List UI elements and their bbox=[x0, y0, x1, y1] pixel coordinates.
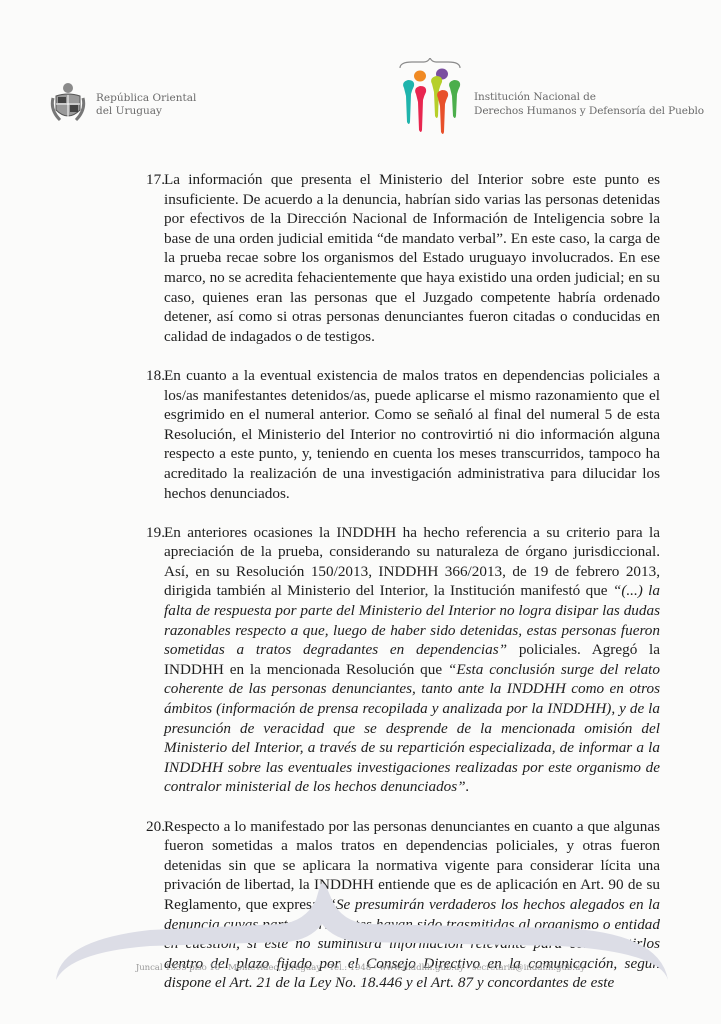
inddhh-logo-icon bbox=[394, 58, 466, 138]
text-segment: En cuanto a la eventual existencia de ma… bbox=[164, 367, 660, 502]
letterhead: República Oriental del Uruguay Instituci… bbox=[0, 0, 721, 150]
republic-name: República Oriental del Uruguay bbox=[96, 92, 196, 118]
paragraph-19: 19. En anteriores ocasiones la INDDHH ha… bbox=[148, 523, 660, 797]
institution-name: Institución Nacional de Derechos Humanos… bbox=[474, 90, 704, 118]
paragraph-text: En cuanto a la eventual existencia de ma… bbox=[164, 366, 660, 503]
republic-name-line1: República Oriental bbox=[96, 92, 196, 105]
quote-segment: “Esta conclusión surge del relato cohere… bbox=[164, 661, 660, 796]
footer-brace-swoosh bbox=[0, 880, 721, 1024]
footer-contact: Juncal 1355 piso 10 - Montevideo, Urugua… bbox=[0, 963, 721, 973]
text-segment: En anteriores ocasiones la INDDHH ha hec… bbox=[164, 524, 660, 600]
paragraph-text: En anteriores ocasiones la INDDHH ha hec… bbox=[164, 523, 660, 797]
institution-name-line2: Derechos Humanos y Defensoría del Pueblo bbox=[474, 104, 704, 118]
paragraph-number: 19. bbox=[146, 523, 165, 543]
institution-name-line1: Institución Nacional de bbox=[474, 90, 704, 104]
paragraph-18: 18. En cuanto a la eventual existencia d… bbox=[148, 366, 660, 503]
paragraph-number: 18. bbox=[146, 366, 165, 386]
text-segment: La información que presenta el Ministeri… bbox=[164, 171, 660, 345]
coat-of-arms-icon bbox=[50, 82, 86, 124]
paragraph-text: La información que presenta el Ministeri… bbox=[164, 170, 660, 346]
paragraph-number: 20. bbox=[146, 817, 165, 837]
paragraph-number: 17. bbox=[146, 170, 165, 190]
paragraph-17: 17. La información que presenta el Minis… bbox=[148, 170, 660, 346]
republic-name-line2: del Uruguay bbox=[96, 105, 196, 118]
